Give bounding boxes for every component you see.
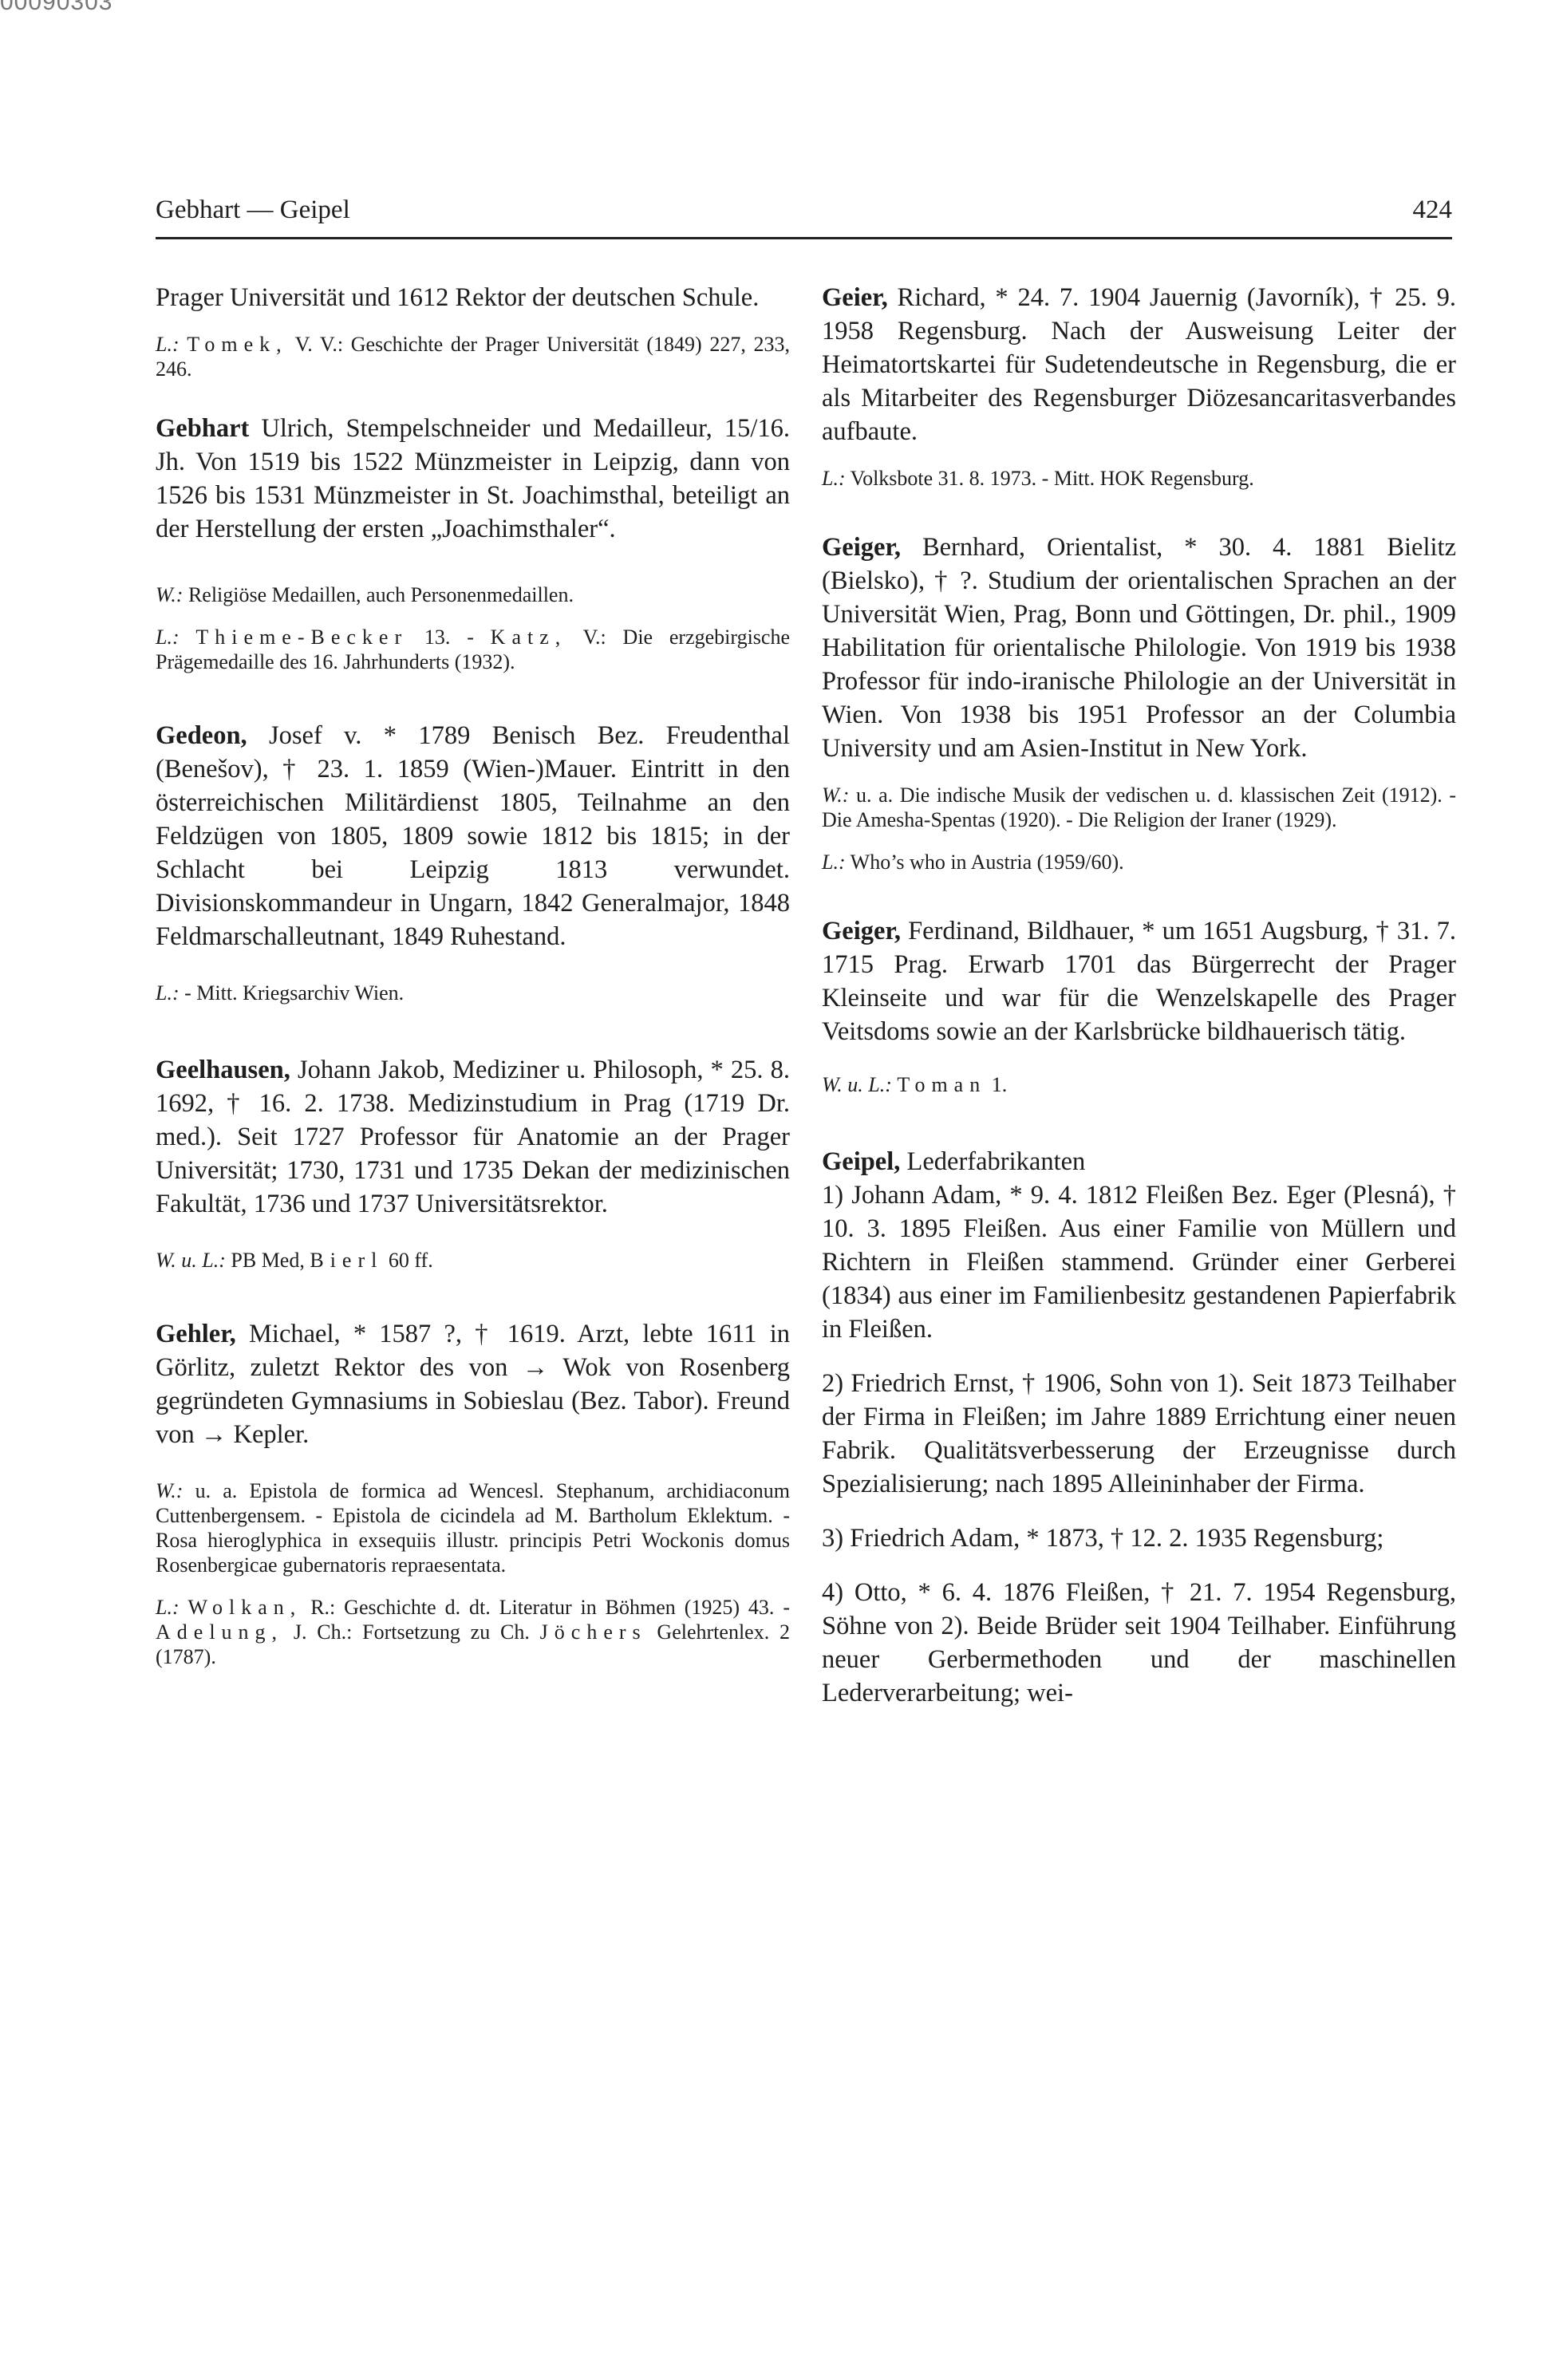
works-ref: W.: u. a. Epistola de formica ad Wencesl… bbox=[156, 1478, 790, 1577]
entry-text: Josef v. * 1789 Benisch Bez. Freudenthal… bbox=[156, 721, 790, 951]
entry-text: Ulrich, Stempelschneider und Medailleur,… bbox=[156, 414, 790, 543]
entry-text: Prager Universität und 1612 Rektor der d… bbox=[156, 281, 790, 314]
headword: Geelhausen, bbox=[156, 1056, 290, 1084]
entry-gebhart-ulrich: Gebhart Ulrich, Stempelschneider und Med… bbox=[156, 412, 790, 674]
entry-text: Bernhard, Orientalist, * 30. 4. 1881 Bie… bbox=[822, 533, 1456, 763]
entry-text: Michael, * 1587 ?, † 1619. Arzt, lebte 1… bbox=[156, 1320, 790, 1449]
works-literature-ref: W. u. L.: PB Med, Bierl 60 ff. bbox=[156, 1248, 790, 1273]
entry-geelhausen: Geelhausen, Johann Jakob, Mediziner u. P… bbox=[156, 1053, 790, 1273]
literature-ref: L.: Tomek, V. V.: Geschichte der Prager … bbox=[156, 332, 790, 381]
headword: Geiger, bbox=[822, 917, 901, 945]
scan-id: 00090303 bbox=[0, 0, 112, 16]
right-column: Geier, Richard, * 24. 7. 1904 Jauernig (… bbox=[822, 281, 1456, 1740]
running-head-title: Gebhart — Geipel bbox=[156, 195, 350, 225]
literature-ref: L.: Who’s who in Austria (1959/60). bbox=[822, 850, 1456, 874]
headword: Gedeon, bbox=[156, 721, 247, 750]
literature-ref: L.: Volksbote 31. 8. 1973. - Mitt. HOK R… bbox=[822, 466, 1456, 491]
entry-geier: Geier, Richard, * 24. 7. 1904 Jauernig (… bbox=[822, 281, 1456, 491]
entry-text: Ferdinand, Bildhauer, * um 1651 Augsburg… bbox=[822, 917, 1456, 1046]
entry-geiger-ferdinand: Geiger, Ferdinand, Bildhauer, * um 1651 … bbox=[822, 914, 1456, 1097]
literature-ref: L.: Thieme-Becker 13. - Katz, V.: Die er… bbox=[156, 625, 790, 674]
entry-text: Richard, * 24. 7. 1904 Jauernig (Javorní… bbox=[822, 283, 1456, 446]
headword: Gebhart bbox=[156, 414, 249, 443]
running-head: Gebhart — Geipel 424 bbox=[156, 195, 1452, 239]
literature-ref: L.: - Mitt. Kriegsarchiv Wien. bbox=[156, 981, 790, 1005]
entry-gehler: Gehler, Michael, * 1587 ?, † 1619. Arzt,… bbox=[156, 1317, 790, 1669]
entry-geiger-bernhard: Geiger, Bernhard, Orientalist, * 30. 4. … bbox=[822, 531, 1456, 874]
sub-entry: 4) Otto, * 6. 4. 1876 Fleißen, † 21. 7. … bbox=[822, 1576, 1456, 1710]
works-literature-ref: W. u. L.: Toman 1. bbox=[822, 1072, 1456, 1097]
headword: Geipel, bbox=[822, 1147, 900, 1176]
works-ref: W.: Religiöse Medaillen, auch Personenme… bbox=[156, 582, 790, 607]
page-number: 424 bbox=[1413, 195, 1453, 225]
sub-entry: 3) Friedrich Adam, * 1873, † 12. 2. 1935… bbox=[822, 1522, 1456, 1555]
headword: Geier, bbox=[822, 283, 888, 312]
literature-ref: L.: Wolkan, R.: Geschichte d. dt. Litera… bbox=[156, 1595, 790, 1669]
sub-entry: 1) Johann Adam, * 9. 4. 1812 Fleißen Bez… bbox=[822, 1178, 1456, 1346]
entry-text: Lederfabrikanten bbox=[900, 1147, 1085, 1176]
works-ref: W.: u. a. Die indische Musik der vedisch… bbox=[822, 783, 1456, 832]
entry-continuation: Prager Universität und 1612 Rektor der d… bbox=[156, 281, 790, 381]
left-column: Prager Universität und 1612 Rektor der d… bbox=[156, 281, 790, 1699]
headword: Geiger, bbox=[822, 533, 901, 562]
entry-geipel: Geipel, Lederfabrikanten 1) Johann Adam,… bbox=[822, 1145, 1456, 1710]
headword: Gehler, bbox=[156, 1320, 236, 1348]
sub-entry: 2) Friedrich Ernst, † 1906, Sohn von 1).… bbox=[822, 1367, 1456, 1501]
entry-gedeon: Gedeon, Josef v. * 1789 Benisch Bez. Fre… bbox=[156, 719, 790, 1005]
